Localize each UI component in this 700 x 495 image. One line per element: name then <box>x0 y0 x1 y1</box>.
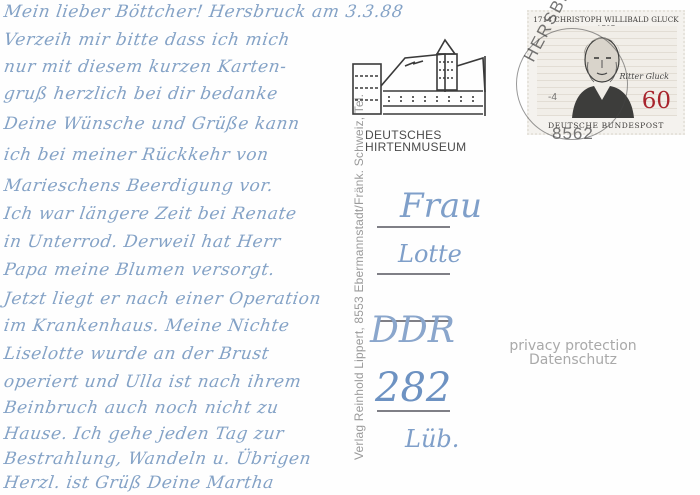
watermark-line-2: Datenschutz <box>500 353 646 367</box>
address-rule <box>377 273 450 275</box>
address-line-5: Lüb. <box>405 425 459 453</box>
address-rule <box>377 226 450 228</box>
message-line: Mein lieber Böttcher! Hersbruck am 3.3.8… <box>3 2 405 22</box>
building-illustration-icon <box>345 36 490 131</box>
message-line: Hause. Ich gehe jeden Tag zur <box>3 424 286 444</box>
message-line: Verzeih mir bitte dass ich mich <box>3 30 292 50</box>
postcard-back: Mein lieber Böttcher! Hersbruck am 3.3.8… <box>0 0 700 495</box>
stamp-value: 60 <box>642 88 671 114</box>
message-line: Papa meine Blumen versorgt. <box>3 260 277 280</box>
message-line: Bestrahlung, Wandeln u. Übrigen <box>3 449 313 469</box>
message-line: Jetzt liegt er nach einer Operation <box>3 289 323 309</box>
message-line: ich bei meiner Rückkehr von <box>3 145 270 165</box>
address-line-4: 282 <box>375 365 451 411</box>
message-line: Liselotte wurde an der Brust <box>3 344 271 364</box>
privacy-watermark: privacy protection Datenschutz <box>500 339 646 367</box>
address-line-2: Lotte <box>398 240 462 268</box>
address-line-3: DDR <box>370 310 455 351</box>
message-line: im Krankenhaus. Meine Nichte <box>3 316 291 336</box>
postmark-postcode: 8562 <box>552 124 594 144</box>
cancellation-label-2: HIRTENMUSEUM <box>365 140 466 154</box>
message-line: nur mit diesem kurzen Karten- <box>3 57 288 77</box>
address-rule <box>377 410 450 412</box>
message-line: Herzl. ist Grüß Deine Martha <box>3 473 276 493</box>
message-line: Deine Wünsche und Grüße kann <box>3 114 301 134</box>
message-line: gruß herzlich bei dir bedanke <box>3 84 280 104</box>
address-line-1: Frau <box>400 186 482 226</box>
museum-cancellation: DEUTSCHES HIRTENMUSEUM <box>345 36 490 156</box>
message-line: operiert und Ulla ist nach ihrem <box>3 372 303 392</box>
message-line: in Unterrod. Derweil hat Herr <box>3 232 283 252</box>
message-line: Marieschens Beerdigung vor. <box>3 176 275 196</box>
message-line: Ich war längere Zeit bei Renate <box>3 204 298 224</box>
postmark-date: -4 <box>548 92 557 103</box>
message-line: Beinbruch auch noch nicht zu <box>3 398 280 418</box>
watermark-line-1: privacy protection <box>500 339 646 353</box>
